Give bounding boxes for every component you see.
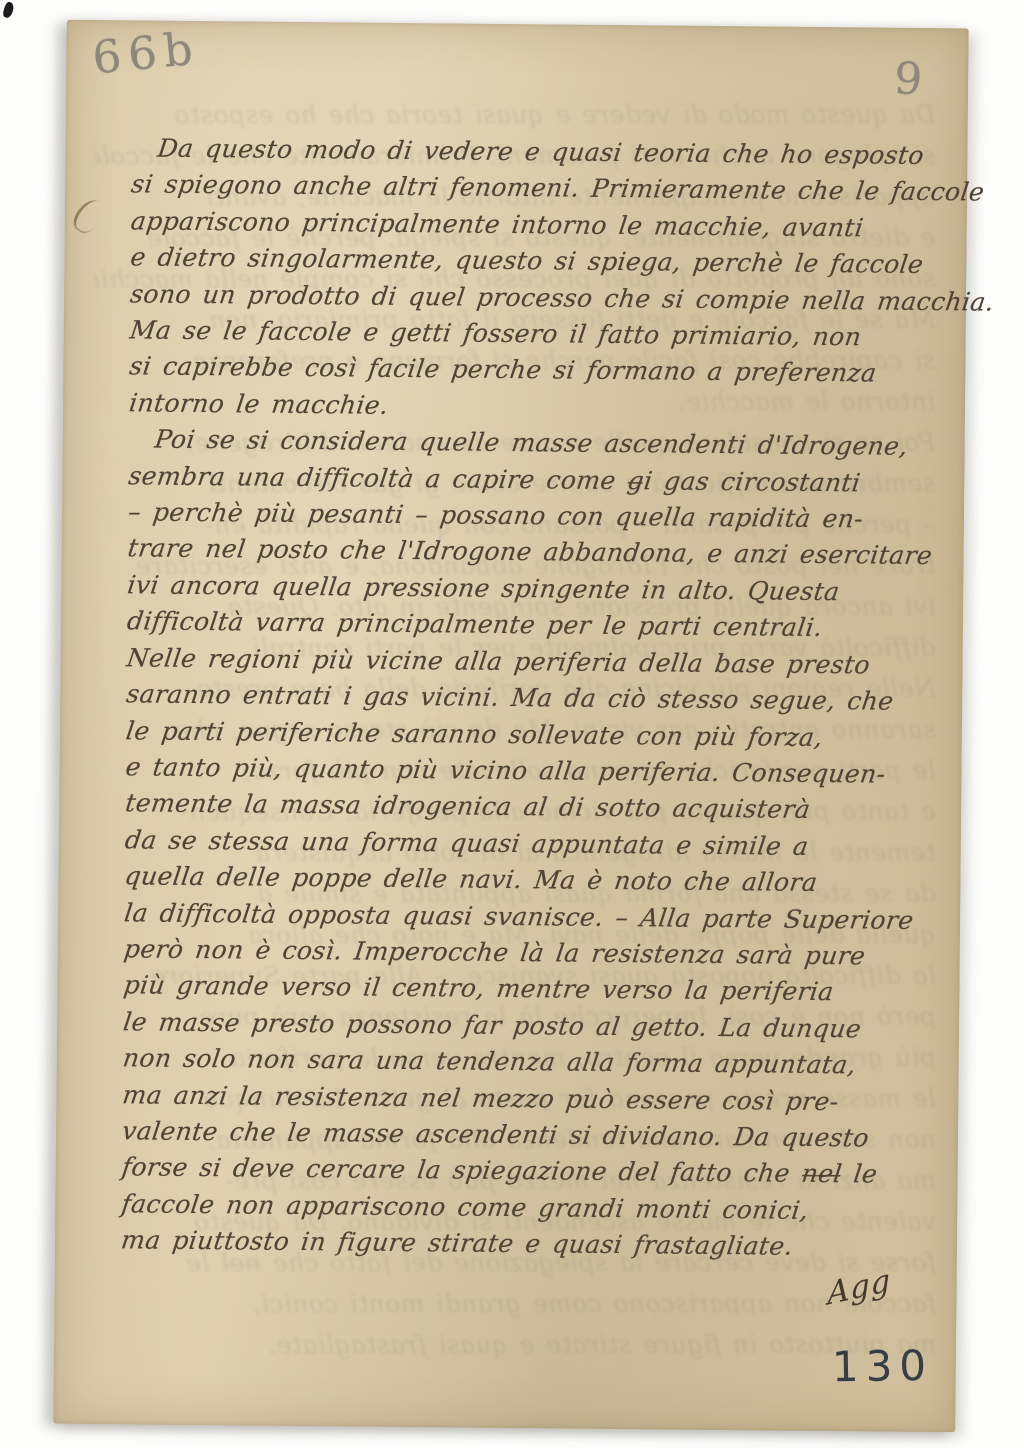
page-number: 9 bbox=[893, 53, 924, 106]
scan-backdrop: Da questo modo di vedere e quasi teoria … bbox=[0, 0, 1024, 1448]
manuscript-page: Da questo modo di vedere e quasi teoria … bbox=[53, 20, 968, 1433]
manuscript-text: Da questo modo di vedere e quasi teoria … bbox=[119, 130, 952, 1266]
scan-edge-speck bbox=[2, 1, 16, 19]
archive-number: 130 bbox=[831, 1341, 933, 1392]
folio-number: 66b bbox=[90, 21, 202, 84]
manuscript-line: Da questo modo di vedere e quasi teoria … bbox=[93, 94, 935, 136]
manuscript-line: faccole non appariscono come grandi mont… bbox=[94, 1283, 936, 1325]
manuscript-line: ma piuttosto in figure stirate e quasi f… bbox=[94, 1324, 936, 1366]
